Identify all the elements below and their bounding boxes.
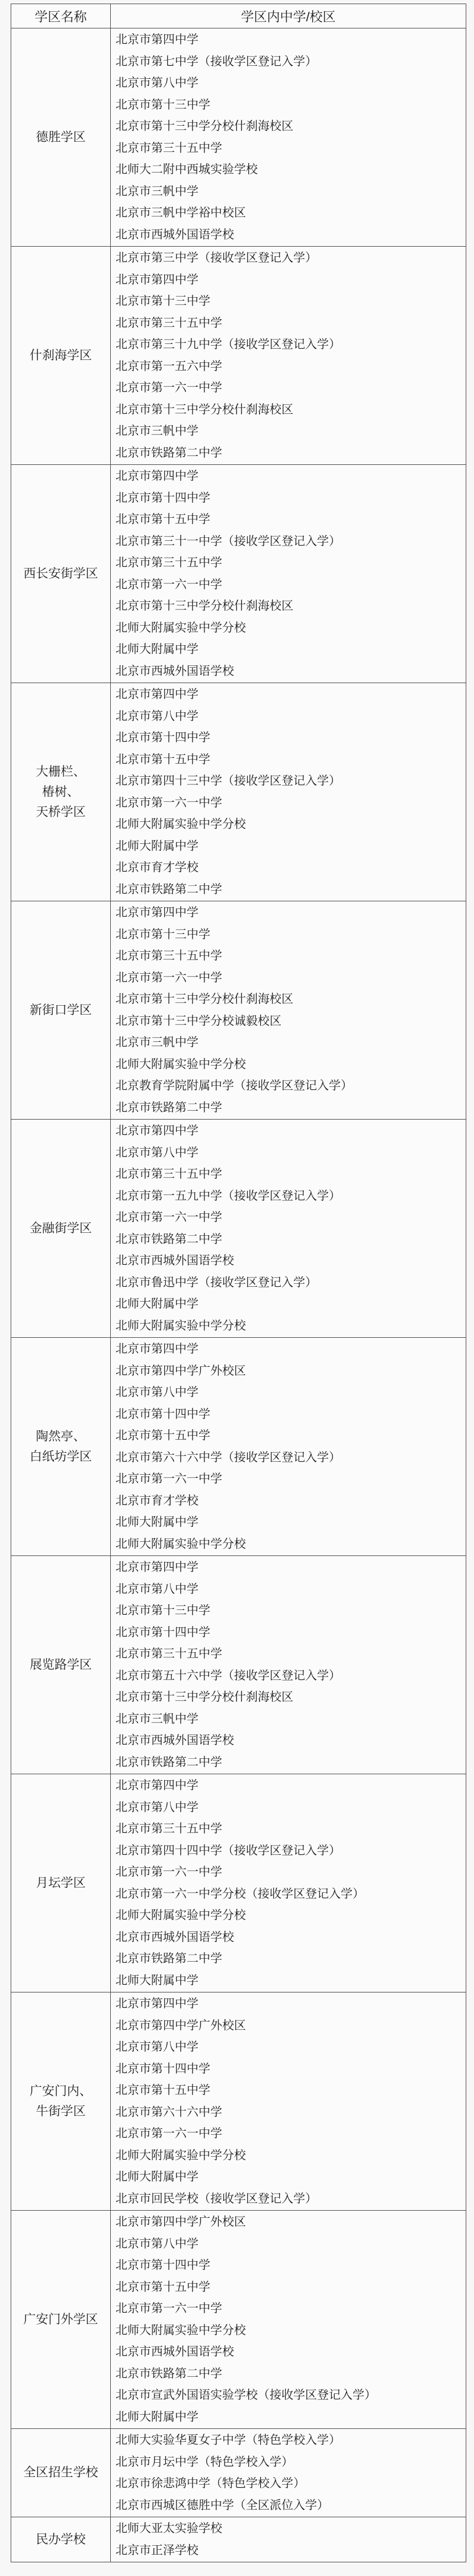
school-item: 北师大附属实验中学分校: [111, 1905, 466, 1927]
school-item: 北京市第一六一中学: [111, 2123, 466, 2145]
district-row: 陶然亭、白纸坊学区北京市第四中学北京市第四中学广外校区北京市第八中学北京市第十四…: [11, 1338, 466, 1556]
school-item: 北京市第十五中学: [111, 2080, 466, 2102]
school-item: 北京教育学院附属中学（接收学区登记入学）: [111, 1075, 466, 1097]
school-item: 北京市第三十五中学: [111, 313, 466, 334]
school-item: 北师大附属实验中学分校: [111, 1534, 466, 1555]
school-item: 北京市铁路第二中学: [111, 442, 466, 464]
school-item: 北师大附属实验中学分校: [111, 1054, 466, 1076]
school-item: 北京市宣武外国语实验学校（接收学区登记入学）: [111, 2384, 466, 2406]
school-item: 北京市第四十四中学（接收学区登记入学）: [111, 1840, 466, 1862]
district-name-line: 大栅栏、: [11, 762, 110, 782]
school-item: 北京市第四中学广外校区: [111, 2015, 466, 2037]
school-item: 北京市西城外国语学校: [111, 1730, 466, 1752]
school-item: 北师大二附中西城实验学校: [111, 159, 466, 181]
school-item: 北师大附属中学: [111, 2166, 466, 2188]
school-item: 北京市第三十五中学: [111, 945, 466, 967]
school-item: 北京市第四十三中学（接收学区登记入学）: [111, 770, 466, 792]
school-item: 北京市第一五六中学: [111, 356, 466, 378]
school-item: 北师大附属中学: [111, 836, 466, 857]
school-item: 北京市第四中学: [111, 466, 466, 487]
school-item: 北京市第十三中学分校什刹海校区: [111, 1686, 466, 1708]
schools-cell: 北京市第四中学北京市第八中学北京市第十四中学北京市第十五中学北京市第四十三中学（…: [111, 683, 466, 901]
district-row: 展览路学区北京市第四中学北京市第八中学北京市第十三中学北京市第十四中学北京市第三…: [11, 1556, 466, 1774]
district-name-line: 陶然亭、: [11, 1427, 110, 1447]
school-item: 北京市三帆中学: [111, 1708, 466, 1730]
district-row: 广安门内、牛街学区北京市第四中学北京市第四中学广外校区北京市第八中学北京市第十四…: [11, 1992, 466, 2211]
school-item: 北京市第十三中学: [111, 94, 466, 116]
school-item: 北京市第四中学: [111, 1775, 466, 1797]
school-item: 北京市第十三中学: [111, 1600, 466, 1622]
district-name-line: 什刹海学区: [11, 346, 110, 366]
schools-cell: 北京市第四中学北京市第八中学北京市第三十五中学北京市第四十四中学（接收学区登记入…: [111, 1774, 466, 1992]
district-cell: 广安门外学区: [11, 2211, 111, 2429]
school-item: 北师大附属中学: [111, 1970, 466, 1992]
school-item: 北京市第八中学: [111, 2036, 466, 2058]
district-cell: 陶然亭、白纸坊学区: [11, 1338, 111, 1556]
school-item: 北京市育才学校: [111, 857, 466, 879]
school-item: 北京市第十三中学分校什刹海校区: [111, 116, 466, 138]
district-name-line: 广安门外学区: [11, 2310, 110, 2330]
school-item: 北京市西城外国语学校: [111, 2341, 466, 2363]
table-header: 学区名称 学区内中学/校区: [11, 4, 466, 28]
schools-cell: 北京市第四中学北京市第四中学广外校区北京市第八中学北京市第十四中学北京市第十五中…: [111, 1338, 466, 1556]
school-item: 北京市第八中学: [111, 1382, 466, 1404]
school-item: 北师大附属中学: [111, 1512, 466, 1534]
schools-cell: 北师大亚太实验学校北京市正泽学校: [111, 2517, 466, 2562]
school-item: 北师大附属实验中学分校: [111, 2320, 466, 2342]
header-row: 学区名称 学区内中学/校区: [11, 4, 466, 28]
district-cell: 民办学校: [11, 2517, 111, 2562]
school-item: 北京市第八中学: [111, 1579, 466, 1601]
school-item: 北京市第七中学（接收学区登记入学）: [111, 51, 466, 73]
school-item: 北京市铁路第二中学: [111, 879, 466, 901]
school-item: 北京市第一六一中学: [111, 1207, 466, 1229]
school-item: 北京市铁路第二中学: [111, 1229, 466, 1251]
district-name-line: 牛街学区: [11, 2102, 110, 2122]
school-item: 北京市第四中学广外校区: [111, 1360, 466, 1382]
school-item: 北京市第十四中学: [111, 1404, 466, 1426]
school-item: 北京市第十三中学: [111, 291, 466, 313]
school-item: 北京市西城外国语学校: [111, 1250, 466, 1272]
district-name-line: 德胜学区: [11, 127, 110, 148]
school-item: 北京市第三十五中学: [111, 138, 466, 160]
school-item: 北京市第三十九中学（接收学区登记入学）: [111, 334, 466, 356]
school-item: 北京市鲁迅中学（接收学区登记入学）: [111, 1272, 466, 1294]
district-row: 全区招生学校北师大实验华夏女子中学（特色学校入学）北京市月坛中学（特色学校入学）…: [11, 2429, 466, 2517]
school-item: 北京市正泽学校: [111, 2540, 466, 2562]
school-item: 北京市第四中学: [111, 269, 466, 291]
district-row: 德胜学区北京市第四中学北京市第七中学（接收学区登记入学）北京市第八中学北京市第十…: [11, 28, 466, 247]
district-name-line: 白纸坊学区: [11, 1447, 110, 1467]
district-row: 西长安街学区北京市第四中学北京市第十四中学北京市第十五中学北京市第三十一中学（接…: [11, 465, 466, 683]
school-item: 北京市第八中学: [111, 706, 466, 728]
school-item: 北京市第十四中学: [111, 487, 466, 509]
district-row: 大栅栏、椿树、天桥学区北京市第四中学北京市第八中学北京市第十四中学北京市第十五中…: [11, 683, 466, 901]
district-cell: 新街口学区: [11, 901, 111, 1120]
schools-cell: 北京市第四中学北京市第七中学（接收学区登记入学）北京市第八中学北京市第十三中学北…: [111, 28, 466, 247]
school-item: 北京市第十四中学: [111, 2255, 466, 2277]
schools-cell: 北京市第四中学北京市第十四中学北京市第十五中学北京市第三十一中学（接收学区登记入…: [111, 465, 466, 683]
district-row: 民办学校北师大亚太实验学校北京市正泽学校: [11, 2517, 466, 2562]
district-row: 月坛学区北京市第四中学北京市第八中学北京市第三十五中学北京市第四十四中学（接收学…: [11, 1774, 466, 1992]
school-item: 北京市第一五九中学（接收学区登记入学）: [111, 1185, 466, 1207]
school-item: 北京市第十三中学分校诚毅校区: [111, 1010, 466, 1032]
school-item: 北京市三帆中学裕中校区: [111, 202, 466, 224]
school-item: 北京市徐悲鸿中学（特色学校入学）: [111, 2473, 466, 2495]
school-item: 北京市第三十五中学: [111, 1163, 466, 1185]
school-item: 北京市铁路第二中学: [111, 1752, 466, 1774]
school-item: 北师大附属中学: [111, 1293, 466, 1315]
district-cell: 全区招生学校: [11, 2429, 111, 2517]
school-item: 北京市第十三中学分校什刹海校区: [111, 989, 466, 1010]
district-row: 广安门外学区北京市第四中学广外校区北京市第八中学北京市第十四中学北京市第十五中学…: [11, 2211, 466, 2429]
district-cell: 金融街学区: [11, 1120, 111, 1338]
school-item: 北京市第十四中学: [111, 1622, 466, 1644]
school-item: 北京市第三十五中学: [111, 1643, 466, 1665]
schools-cell: 北师大实验华夏女子中学（特色学校入学）北京市月坛中学（特色学校入学）北京市徐悲鸿…: [111, 2429, 466, 2517]
district-row: 金融街学区北京市第四中学北京市第八中学北京市第三十五中学北京市第一五九中学（接收…: [11, 1120, 466, 1338]
school-item: 北师大附属实验中学分校: [111, 617, 466, 639]
school-item: 北京市第三十一中学（接收学区登记入学）: [111, 531, 466, 553]
school-item: 北师大附属实验中学分校: [111, 1315, 466, 1337]
district-cell: 展览路学区: [11, 1556, 111, 1774]
school-item: 北京市三帆中学: [111, 181, 466, 203]
school-item: 北京市第十三中学分校什刹海校区: [111, 399, 466, 421]
district-name-line: 天桥学区: [11, 802, 110, 822]
district-cell: 大栅栏、椿树、天桥学区: [11, 683, 111, 901]
school-item: 北京市西城外国语学校: [111, 661, 466, 683]
school-item: 北京市铁路第二中学: [111, 1948, 466, 1970]
school-item: 北京市铁路第二中学: [111, 2363, 466, 2385]
school-item: 北京市育才学校: [111, 1490, 466, 1512]
district-name-line: 月坛学区: [11, 1873, 110, 1893]
schools-cell: 北京市第四中学北京市第十三中学北京市第三十五中学北京市第一六一中学北京市第十三中…: [111, 901, 466, 1120]
school-item: 北师大附属中学: [111, 2406, 466, 2428]
district-name-line: 展览路学区: [11, 1655, 110, 1675]
district-name-line: 西长安街学区: [11, 564, 110, 584]
school-item: 北京市第十五中学: [111, 1425, 466, 1447]
school-item: 北京市回民学校（接收学区登记入学）: [111, 2188, 466, 2210]
school-item: 北京市第四中学: [111, 1338, 466, 1360]
school-item: 北师大亚太实验学校: [111, 2518, 466, 2540]
school-item: 北京市第十四中学: [111, 727, 466, 749]
header-district-name: 学区名称: [11, 4, 111, 28]
school-item: 北京市第十四中学: [111, 2058, 466, 2080]
school-item: 北京市第三中学（接收学区登记入学）: [111, 247, 466, 269]
school-item: 北京市第四中学: [111, 29, 466, 51]
district-cell: 德胜学区: [11, 28, 111, 247]
district-name-line: 金融街学区: [11, 1219, 110, 1239]
school-item: 北京市第四中学: [111, 1120, 466, 1142]
district-name-line: 新街口学区: [11, 1000, 110, 1021]
district-cell: 什刹海学区: [11, 247, 111, 465]
school-item: 北京市第六十六中学: [111, 2102, 466, 2124]
district-cell: 西长安街学区: [11, 465, 111, 683]
table-body: 德胜学区北京市第四中学北京市第七中学（接收学区登记入学）北京市第八中学北京市第十…: [11, 28, 466, 2562]
school-item: 北京市第六十六中学（接收学区登记入学）: [111, 1447, 466, 1469]
school-item: 北京市第八中学: [111, 1797, 466, 1819]
school-item: 北师大附属中学: [111, 639, 466, 661]
school-item: 北京市第一六一中学: [111, 792, 466, 814]
district-name-line: 广安门内、: [11, 2081, 110, 2102]
district-name-line: 全区招生学校: [11, 2463, 110, 2483]
school-item: 北京市第八中学: [111, 2233, 466, 2255]
school-item: 北京市西城外国语学校: [111, 224, 466, 246]
school-item: 北师大附属实验中学分校: [111, 814, 466, 836]
school-item: 北京市第一六一中学: [111, 967, 466, 989]
school-item: 北京市第十五中学: [111, 2277, 466, 2298]
district-row: 什刹海学区北京市第三中学（接收学区登记入学）北京市第四中学北京市第十三中学北京市…: [11, 247, 466, 465]
school-item: 北京市第四中学: [111, 902, 466, 924]
school-item: 北京市第十三中学分校什刹海校区: [111, 595, 466, 617]
school-item: 北京市第八中学: [111, 72, 466, 94]
school-item: 北京市第五十六中学（接收学区登记入学）: [111, 1665, 466, 1687]
school-item: 北京市第八中学: [111, 1142, 466, 1164]
school-item: 北京市西城区德胜中学（全区派位入学）: [111, 2495, 466, 2517]
district-name-line: 民办学校: [11, 2530, 110, 2550]
school-item: 北京市第四中学: [111, 1993, 466, 2015]
schools-cell: 北京市第三中学（接收学区登记入学）北京市第四中学北京市第十三中学北京市第三十五中…: [111, 247, 466, 465]
school-item: 北京市第四中学广外校区: [111, 2211, 466, 2233]
district-name-line: 椿树、: [11, 782, 110, 802]
school-item: 北京市第一六一中学: [111, 1861, 466, 1883]
schools-cell: 北京市第四中学北京市第八中学北京市第十三中学北京市第十四中学北京市第三十五中学北…: [111, 1556, 466, 1774]
school-item: 北京市第四中学: [111, 1557, 466, 1579]
school-item: 北师大实验华夏女子中学（特色学校入学）: [111, 2430, 466, 2451]
district-cell: 广安门内、牛街学区: [11, 1992, 111, 2211]
school-item: 北京市第一六一中学: [111, 2298, 466, 2320]
school-item: 北京市铁路第二中学: [111, 1097, 466, 1119]
school-item: 北京市第一六一中学分校（接收学区登记入学）: [111, 1883, 466, 1905]
school-item: 北京市第十五中学: [111, 509, 466, 531]
school-item: 北京市第一六一中学: [111, 377, 466, 399]
district-cell: 月坛学区: [11, 1774, 111, 1992]
schools-cell: 北京市第四中学北京市第八中学北京市第三十五中学北京市第一五九中学（接收学区登记入…: [111, 1120, 466, 1338]
school-item: 北京市第三十五中学: [111, 552, 466, 574]
school-item: 北京市三帆中学: [111, 1032, 466, 1054]
school-item: 北京市第三十五中学: [111, 1818, 466, 1840]
schools-cell: 北京市第四中学北京市第四中学广外校区北京市第八中学北京市第十四中学北京市第十五中…: [111, 1992, 466, 2211]
school-item: 北京市三帆中学: [111, 420, 466, 442]
school-item: 北京市第十三中学: [111, 924, 466, 946]
school-item: 北京市第一六一中学: [111, 574, 466, 596]
header-schools: 学区内中学/校区: [111, 4, 466, 28]
school-item: 北京市第十五中学: [111, 749, 466, 771]
school-item: 北京市第四中学: [111, 684, 466, 706]
school-item: 北师大附属实验中学分校: [111, 2145, 466, 2167]
schools-cell: 北京市第四中学广外校区北京市第八中学北京市第十四中学北京市第十五中学北京市第一六…: [111, 2211, 466, 2429]
district-school-table: 学区名称 学区内中学/校区 德胜学区北京市第四中学北京市第七中学（接收学区登记入…: [11, 4, 466, 2562]
school-item: 北京市第一六一中学: [111, 1468, 466, 1490]
school-item: 北京市月坛中学（特色学校入学）: [111, 2451, 466, 2473]
school-item: 北京市西城外国语学校: [111, 1927, 466, 1949]
district-row: 新街口学区北京市第四中学北京市第十三中学北京市第三十五中学北京市第一六一中学北京…: [11, 901, 466, 1120]
